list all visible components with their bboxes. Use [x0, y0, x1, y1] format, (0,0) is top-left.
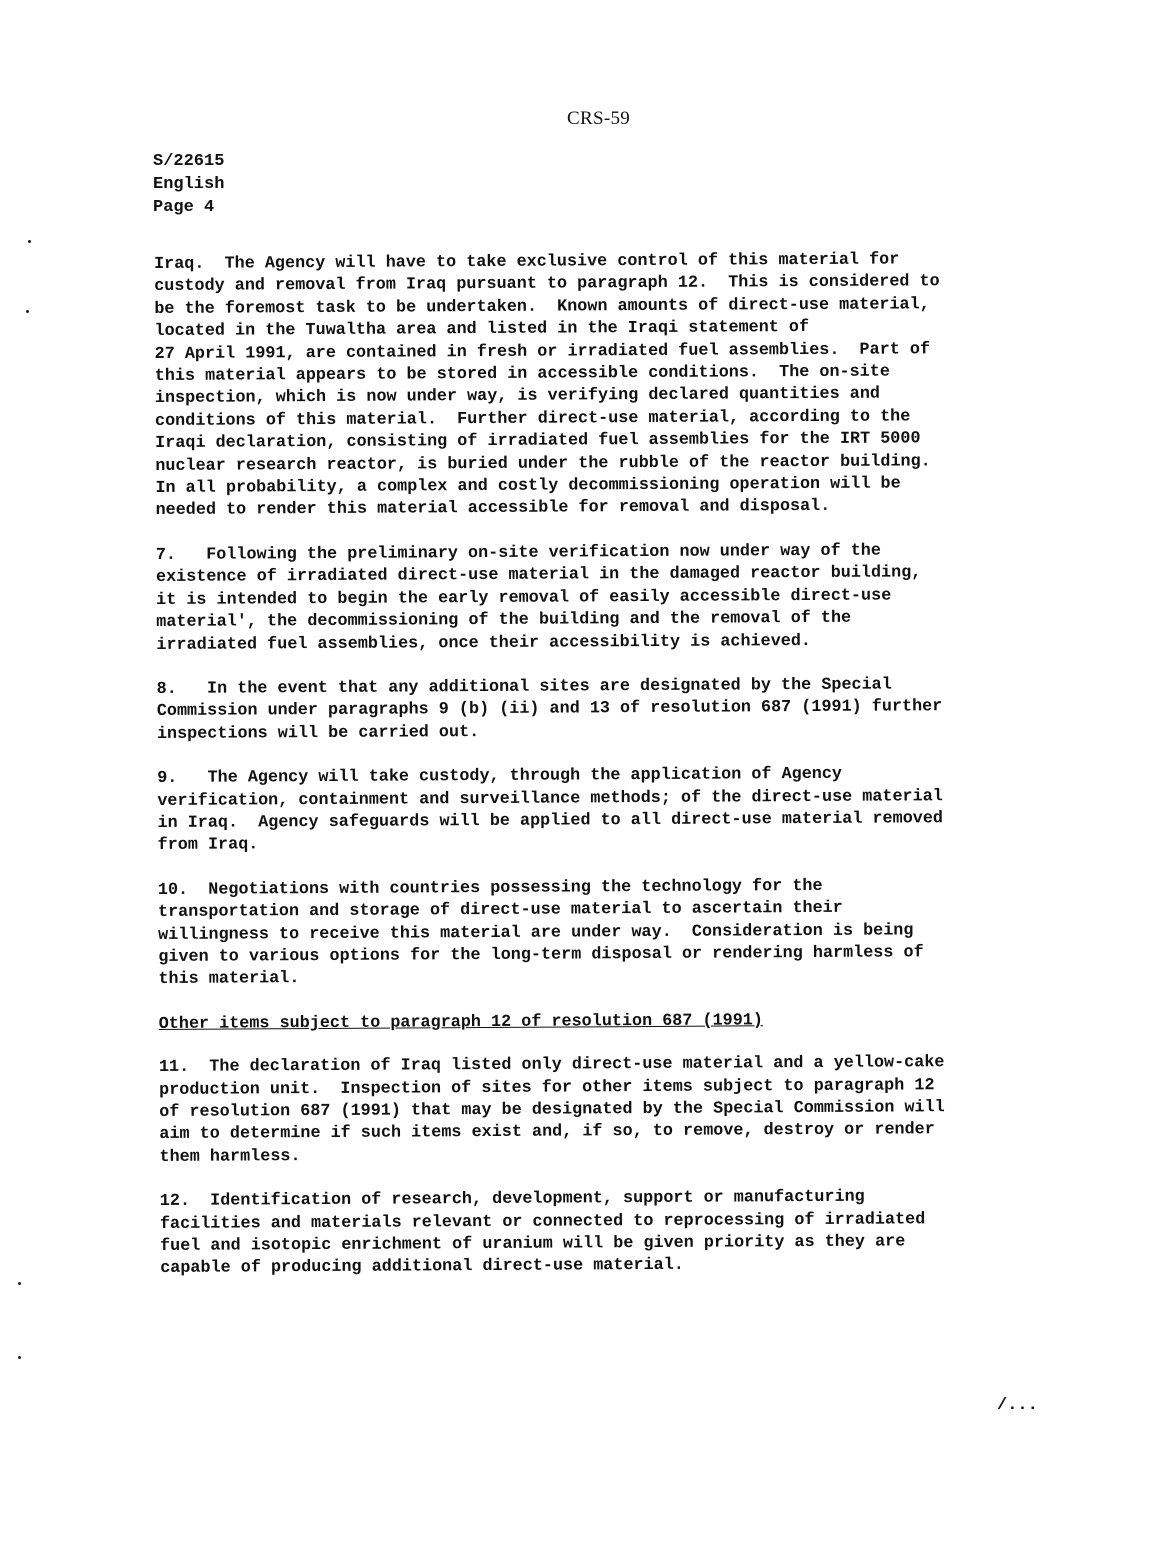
continuation-mark: /... [997, 1396, 1038, 1415]
text-line: capable of producing additional direct-u… [160, 1253, 1060, 1281]
document-body: Iraq. The Agency will have to take exclu… [154, 249, 1060, 1303]
document-page: Page 4 [153, 196, 224, 219]
scan-speck [18, 1356, 21, 1359]
paragraph-9: 9. The Agency will take custody, through… [157, 763, 1058, 858]
paragraph-11: 11. The declaration of Iraq listed only … [159, 1052, 1060, 1170]
scan-speck [28, 240, 31, 243]
document-language: English [153, 173, 224, 196]
text-line: inspections will be carried out. [157, 718, 1057, 746]
paragraph-intro: Iraq. The Agency will have to take exclu… [154, 249, 1056, 523]
crs-page-number: CRS-59 [567, 108, 630, 130]
scan-speck [26, 310, 29, 313]
paragraph-10: 10. Negotiations with countries possessi… [158, 874, 1059, 992]
text-line: needed to render this material accessibl… [156, 495, 1056, 523]
document-symbol: S/22615 [153, 150, 224, 173]
document-identifier: S/22615 English Page 4 [153, 150, 224, 219]
text-line: this material. [158, 964, 1058, 992]
paragraph-7: 7. Following the preliminary on-site ver… [156, 539, 1057, 657]
paragraph-12: 12. Identification of research, developm… [160, 1186, 1061, 1281]
paragraph-8: 8. In the event that any additional site… [157, 673, 1057, 746]
scan-speck [18, 1282, 21, 1285]
text-line: irradiated fuel assemblies, once their a… [156, 629, 1056, 657]
text-line: them harmless. [159, 1141, 1059, 1169]
section-heading: Other items subject to paragraph 12 of r… [159, 1008, 1059, 1036]
